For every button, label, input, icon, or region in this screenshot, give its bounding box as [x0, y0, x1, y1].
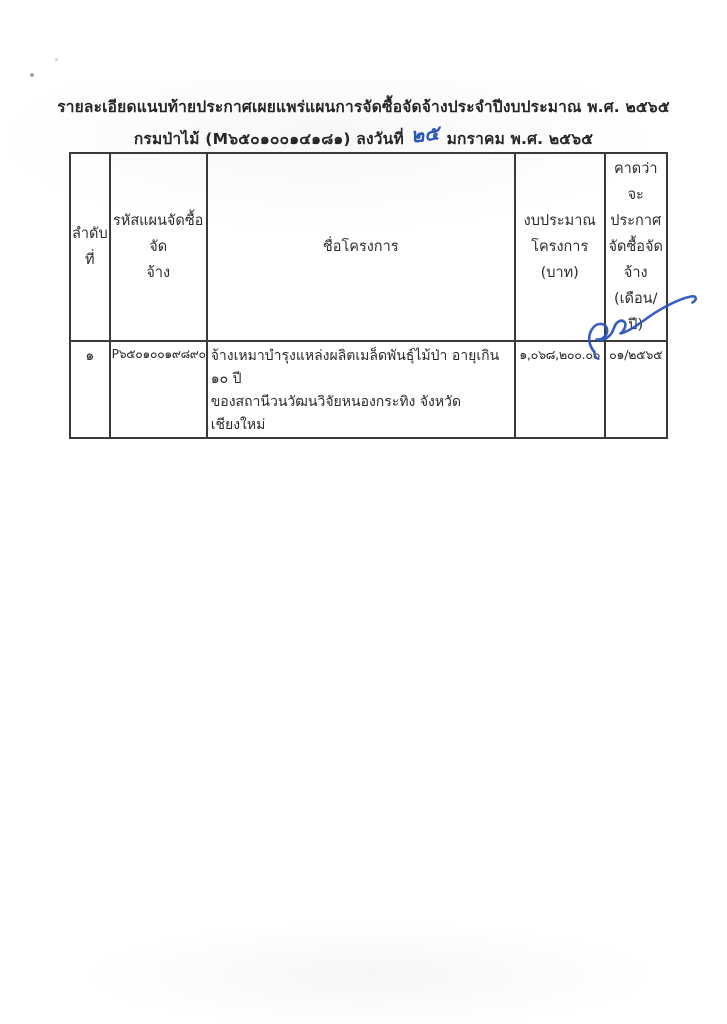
document-title-line1: รายละเอียดแนบท้ายประกาศเผยแพร่แผนการจัดซ… — [0, 94, 727, 119]
scan-speck — [55, 58, 58, 61]
header-line: (บาท) — [517, 260, 603, 286]
header-line: คาดว่าจะ — [607, 156, 665, 208]
col-header-project-name: ชื่อโครงการ — [207, 153, 515, 341]
table-header-row: ลำดับ ที่ รหัสแผนจัดซื้อจัด จ้าง ชื่อโคร… — [70, 153, 667, 341]
header-line: งบประมาณ — [517, 208, 603, 234]
title-line2-suffix: มกราคม พ.ศ. ๒๕๖๕ — [447, 130, 594, 148]
project-name-line: จ้างเหมาบำรุงแหล่งผลิตเมล็ดพันธุ์ไม้ป่า … — [211, 345, 512, 391]
cell-announce-month-year: ๐๑/๒๕๖๕ — [605, 341, 667, 438]
col-header-order-no: ลำดับ ที่ — [70, 153, 110, 341]
document-title-line2: กรมป่าไม้ (M๖๕๐๑๐๐๑๔๑๘๑) ลงวันที่๒๕มกราค… — [0, 121, 727, 153]
title-line2-prefix: กรมป่าไม้ (M๖๕๐๑๐๐๑๔๑๘๑) ลงวันที่ — [134, 130, 404, 148]
header-line: ลำดับ — [72, 221, 108, 247]
handwritten-date-mark: ๒๕ — [409, 116, 441, 151]
project-name-line: ของสถานีวนวัฒนวิจัยหนองกระทิง จังหวัดเชี… — [211, 391, 512, 437]
header-line: จ้าง — [607, 260, 665, 286]
header-line: ประกาศ — [607, 208, 665, 234]
procurement-plan-table: ลำดับ ที่ รหัสแผนจัดซื้อจัด จ้าง ชื่อโคร… — [69, 152, 668, 439]
cell-plan-code: P๖๕๐๑๐๐๑๙๘๙๐ — [110, 341, 207, 438]
col-header-budget: งบประมาณ โครงการ (บาท) — [515, 153, 605, 341]
header-line: จ้าง — [112, 260, 205, 286]
cell-budget-baht: ๑,๐๖๘,๒๐๐.๐๐ — [515, 341, 605, 438]
header-line: (เดือน/ปี) — [607, 286, 665, 338]
header-line: จัดซื้อจัด — [607, 234, 665, 260]
header-line: ชื่อโครงการ — [209, 234, 513, 260]
header-line: รหัสแผนจัดซื้อจัด — [112, 208, 205, 260]
cell-order-no: ๑ — [70, 341, 110, 438]
scanned-document-page: รายละเอียดแนบท้ายประกาศเผยแพร่แผนการจัดซ… — [0, 0, 727, 1024]
scan-smudge-bottom — [50, 915, 690, 1024]
col-header-expected-announce: คาดว่าจะ ประกาศ จัดซื้อจัด จ้าง (เดือน/ป… — [605, 153, 667, 341]
header-line: ที่ — [72, 247, 108, 273]
col-header-plan-code: รหัสแผนจัดซื้อจัด จ้าง — [110, 153, 207, 341]
header-line: โครงการ — [517, 234, 603, 260]
scan-speck — [30, 73, 34, 77]
table-row: ๑ P๖๕๐๑๐๐๑๙๘๙๐ จ้างเหมาบำรุงแหล่งผลิตเมล… — [70, 341, 667, 438]
cell-project-name: จ้างเหมาบำรุงแหล่งผลิตเมล็ดพันธุ์ไม้ป่า … — [207, 341, 515, 438]
